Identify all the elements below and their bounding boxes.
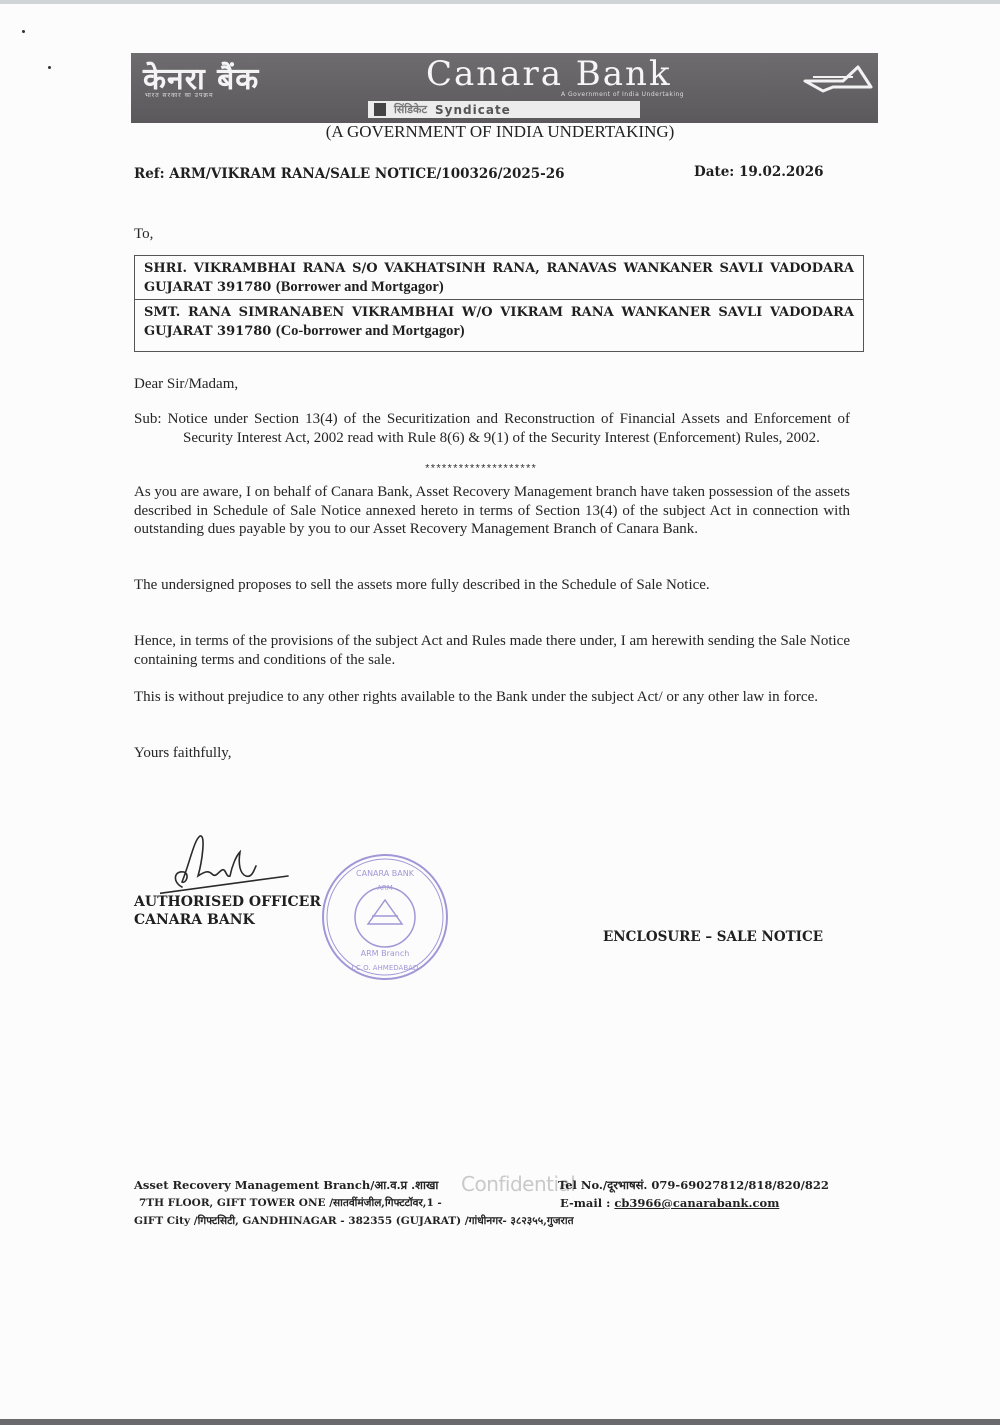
bank-tagline-hindi: भारत सरकार का उपक्रम	[145, 91, 214, 99]
bank-seal-stamp-icon: CANARA BANK ARM ARM Branch I.C.O. AHMEDA…	[320, 852, 450, 982]
closing: Yours faithfully,	[134, 744, 850, 763]
svg-text:ARM: ARM	[377, 884, 393, 892]
paragraph-prejudice: This is without prejudice to any other r…	[134, 688, 850, 707]
signatory-org: CANARA BANK	[134, 911, 321, 929]
letterhead-banner: केनरा बैंक भारत सरकार का उपक्रम Canara B…	[131, 53, 878, 123]
footer-address-line1: 7TH FLOOR, GIFT TOWER ONE /सातवींमंजील,ग…	[134, 1194, 574, 1212]
addressee-row: SHRI. VIKRAMBHAI RANA S/O VAKHATSINH RAN…	[135, 256, 863, 299]
signature-icon	[160, 832, 300, 902]
addressee-row: SMT. RANA SIMRANABEN VIKRAMBHAI W/O VIKR…	[135, 299, 863, 343]
to-line: To,	[134, 225, 850, 244]
footer-address: Asset Recovery Management Branch/आ.व.प्र…	[134, 1176, 574, 1230]
signatory-block: AUTHORISED OFFICER CANARA BANK	[134, 893, 321, 929]
signatory-title: AUTHORISED OFFICER	[134, 893, 321, 911]
separator-stars: ********************	[424, 464, 536, 476]
footer-contact: Tel No./दूरभाषसं. 079-69027812/818/820/8…	[558, 1176, 829, 1212]
syndicate-badge: सिंडिकेट Syndicate	[368, 101, 640, 118]
addressee-name-address: SMT. RANA SIMRANABEN VIKRAMBHAI W/O VIKR…	[144, 305, 854, 339]
addressee-role: (Borrower and Mortgagor)	[276, 279, 444, 295]
addressee-name-address: SHRI. VIKRAMBHAI RANA S/O VAKHATSINH RAN…	[144, 261, 854, 295]
letter-date: Date: 19.02.2026	[694, 164, 824, 180]
bank-name-english: Canara Bank	[426, 54, 672, 94]
scan-speck	[22, 30, 25, 33]
subject-text: Sub: Notice under Section 13(4) of the S…	[134, 410, 850, 447]
salutation: Dear Sir/Madam,	[134, 375, 850, 394]
footer-email-link[interactable]: cb3966@canarabank.com	[614, 1196, 779, 1210]
paragraph-sale-notice: Hence, in terms of the provisions of the…	[134, 632, 850, 669]
scan-top-edge	[0, 0, 1000, 4]
reference-number: Ref: ARM/VIKRAM RANA/SALE NOTICE/100326/…	[134, 166, 565, 182]
footer-email-label: E-mail :	[560, 1196, 610, 1210]
footer-email-row: E-mail : cb3966@canarabank.com	[558, 1194, 829, 1212]
scan-speck	[48, 66, 51, 69]
canara-triangle-logo-icon	[803, 63, 873, 93]
addressee-role: (Co-borrower and Mortgagor)	[276, 323, 465, 339]
svg-text:ARM Branch: ARM Branch	[361, 949, 410, 958]
government-undertaking-line: (A GOVERNMENT OF INDIA UNDERTAKING)	[0, 122, 1000, 142]
footer-branch: Asset Recovery Management Branch/आ.व.प्र…	[134, 1176, 574, 1194]
paragraph-possession: As you are aware, I on behalf of Canara …	[134, 483, 850, 539]
paragraph-proposal: The undersigned proposes to sell the ass…	[134, 576, 850, 595]
syndicate-hindi: सिंडिकेट	[394, 102, 427, 117]
footer-address-line2: GIFT City /गिफ्टसिटी, GANDHINAGAR - 3823…	[134, 1212, 574, 1230]
subject-block: Sub: Notice under Section 13(4) of the S…	[134, 410, 850, 447]
svg-text:CANARA BANK: CANARA BANK	[356, 869, 415, 878]
enclosure-note: ENCLOSURE – SALE NOTICE	[603, 929, 823, 945]
bank-tagline-english: A Government of India Undertaking	[561, 91, 684, 98]
svg-text:I.C.O. AHMEDABAD: I.C.O. AHMEDABAD	[352, 964, 419, 972]
syndicate-logo-icon	[374, 103, 386, 116]
syndicate-english: Syndicate	[435, 103, 511, 117]
addressee-table: SHRI. VIKRAMBHAI RANA S/O VAKHATSINH RAN…	[134, 255, 864, 352]
scan-bottom-edge	[0, 1419, 1000, 1425]
footer-telephone: Tel No./दूरभाषसं. 079-69027812/818/820/8…	[558, 1176, 829, 1194]
